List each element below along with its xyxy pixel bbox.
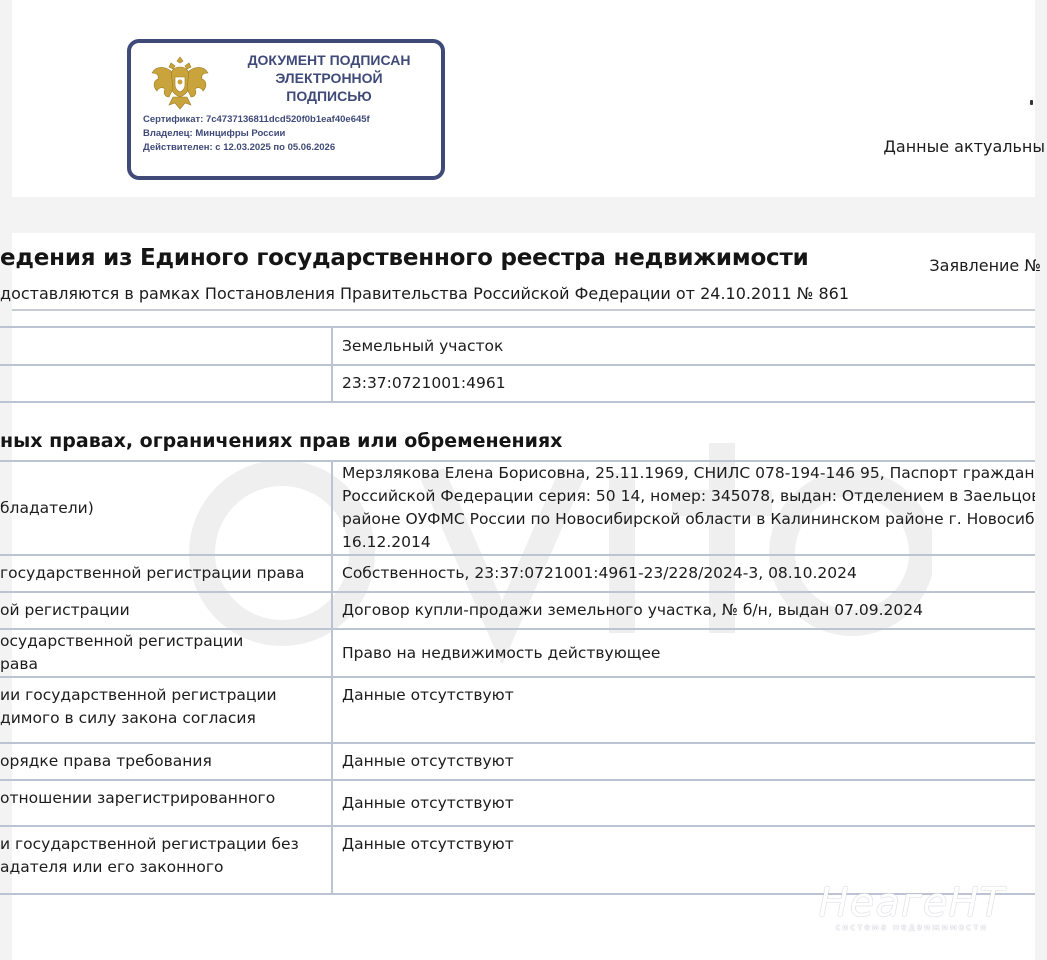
registered-relation-value: Данные отсутствуют bbox=[332, 780, 1035, 826]
cell-text: димого в силу закона согласия bbox=[0, 707, 327, 730]
cadastral-number-value: 23:37:0721001:4961 bbox=[332, 365, 1035, 402]
table-row: ии государственной регистрации димого в … bbox=[0, 677, 1035, 743]
registration-right-value: Собственность, 23:37:0721001:4961-23/228… bbox=[332, 555, 1035, 592]
cell-text: государственной регистрации права bbox=[0, 562, 327, 585]
cell-text: 23:37:0721001:4961 bbox=[342, 372, 1035, 395]
stamp-details: Сертификат: 7c4737136811dcd520f0b1eaf40e… bbox=[143, 113, 439, 155]
cell-text: районе ОУФМС России по Новосибирской обл… bbox=[342, 508, 1035, 531]
cell-text: отношении зарегистрированного bbox=[0, 787, 327, 810]
cell-text: ии государственной регистрации bbox=[0, 684, 327, 707]
right-holders-value: Мерзлякова Елена Борисовна, 25.11.1969, … bbox=[332, 461, 1035, 555]
stamp-title-line: ДОКУМЕНТ ПОДПИСАН bbox=[219, 51, 439, 69]
right-holders-key: бладатели) bbox=[0, 461, 332, 555]
table-row: отношении зарегистрированного Данные отс… bbox=[0, 780, 1035, 826]
registration-right-key: государственной регистрации права bbox=[0, 555, 332, 592]
table-row: государственной регистрации права Собств… bbox=[0, 555, 1035, 592]
stamp-title-line: ЭЛЕКТРОННОЙ bbox=[219, 69, 439, 87]
stamp-certificate: Сертификат: 7c4737136811dcd520f0b1eaf40e… bbox=[143, 113, 439, 127]
rights-table: бладатели) Мерзлякова Елена Борисовна, 2… bbox=[0, 460, 1035, 895]
owner-absence-registration-value: Данные отсутствуют bbox=[332, 826, 1035, 894]
cell-text: Данные отсутствуют bbox=[342, 792, 1035, 815]
cell-text: Право на недвижимость действующее bbox=[342, 642, 1035, 665]
coat-of-arms-icon bbox=[149, 51, 211, 113]
rights-section-title: ных правах, ограничениях прав или обреме… bbox=[0, 430, 562, 452]
right-status-key: осударственной регистрации рава bbox=[0, 629, 332, 677]
header-sheet: ДОКУМЕНТ ПОДПИСАН ЭЛЕКТРОННОЙ ПОДПИСЬЮ С… bbox=[12, 0, 1035, 197]
stamp-title: ДОКУМЕНТ ПОДПИСАН ЭЛЕКТРОННОЙ ПОДПИСЬЮ bbox=[219, 51, 439, 105]
right-status-value: Право на недвижимость действующее bbox=[332, 629, 1035, 677]
stamp-owner: Владелец: Минцифры России bbox=[143, 127, 439, 141]
document-sheet: едения из Единого государственного реест… bbox=[12, 233, 1035, 960]
document-subtitle: доставляются в рамках Постановления Прав… bbox=[0, 284, 849, 303]
table-row: бладатели) Мерзлякова Елена Борисовна, 2… bbox=[0, 461, 1035, 555]
claim-rights-key: орядке права требования bbox=[0, 743, 332, 780]
cell-text: бладатели) bbox=[0, 497, 327, 520]
neagent-watermark-tagline: система недвижимости bbox=[819, 923, 1005, 933]
cell-text: Данные отсутствуют bbox=[342, 833, 1035, 856]
table-row: 23:37:0721001:4961 bbox=[0, 365, 1035, 402]
table-row: Земельный участок bbox=[0, 327, 1035, 365]
registered-relation-key: отношении зарегистрированного bbox=[0, 780, 332, 826]
owner-absence-registration-key: и государственной регистрации без адател… bbox=[0, 826, 332, 894]
cell-text: Мерзлякова Елена Борисовна, 25.11.1969, … bbox=[342, 462, 1035, 485]
divider bbox=[12, 309, 1035, 311]
cadastral-number-key bbox=[0, 365, 332, 402]
cell-text: адателя или его законного bbox=[0, 856, 327, 879]
cell-text: Договор купли-продажи земельного участка… bbox=[342, 599, 1035, 622]
text-fragment-mark bbox=[1030, 100, 1033, 105]
table-row: осударственной регистрации рава Право на… bbox=[0, 629, 1035, 677]
stamp-title-line: ПОДПИСЬЮ bbox=[219, 87, 439, 105]
table-row: ой регистрации Договор купли-продажи зем… bbox=[0, 592, 1035, 629]
cell-text: Собственность, 23:37:0721001:4961-23/228… bbox=[342, 562, 1035, 585]
cell-text: осударственной регистрации bbox=[0, 630, 327, 653]
cell-text: 16.12.2014 bbox=[342, 531, 1035, 554]
cell-text: Российской Федерации серия: 50 14, номер… bbox=[342, 485, 1035, 508]
claim-rights-value: Данные отсутствуют bbox=[332, 743, 1035, 780]
cell-text: ой регистрации bbox=[0, 599, 327, 622]
cell-text: Данные отсутствуют bbox=[342, 684, 1035, 707]
electronic-signature-stamp: ДОКУМЕНТ ПОДПИСАН ЭЛЕКТРОННОЙ ПОДПИСЬЮ С… bbox=[127, 39, 445, 180]
table-row: орядке права требования Данные отсутству… bbox=[0, 743, 1035, 780]
document-title: едения из Единого государственного реест… bbox=[0, 245, 809, 271]
table-row: и государственной регистрации без адател… bbox=[0, 826, 1035, 894]
cell-text: и государственной регистрации без bbox=[0, 833, 327, 856]
application-label: Заявление № bbox=[929, 256, 1041, 275]
cell-text: Данные отсутствуют bbox=[342, 750, 1035, 773]
object-table: Земельный участок 23:37:0721001:4961 bbox=[0, 326, 1035, 403]
cell-text: рава bbox=[0, 653, 327, 676]
data-actual-note: Данные актуальны bbox=[883, 137, 1045, 156]
registration-basis-value: Договор купли-продажи земельного участка… bbox=[332, 592, 1035, 629]
registration-basis-key: ой регистрации bbox=[0, 592, 332, 629]
stamp-validity: Действителен: с 12.03.2025 по 05.06.2026 bbox=[143, 141, 439, 155]
consent-key: ии государственной регистрации димого в … bbox=[0, 677, 332, 743]
cell-text: орядке права требования bbox=[0, 750, 327, 773]
object-type-key bbox=[0, 327, 332, 365]
cell-text: Земельный участок bbox=[342, 335, 1035, 358]
object-type-value: Земельный участок bbox=[332, 327, 1035, 365]
consent-value: Данные отсутствуют bbox=[332, 677, 1035, 743]
